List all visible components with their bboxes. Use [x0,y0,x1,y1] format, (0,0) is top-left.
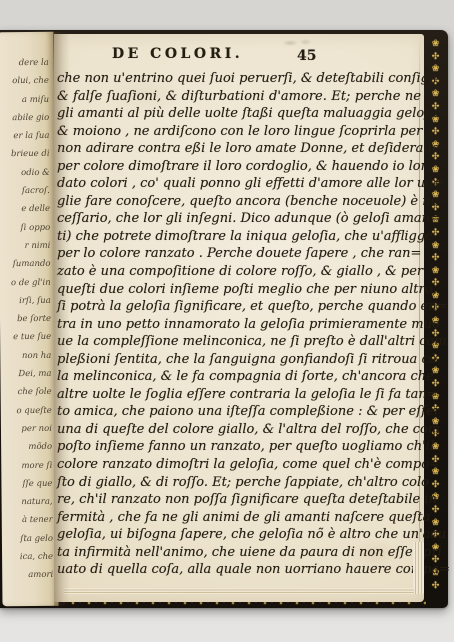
text-fragment: o queſte [4,401,52,420]
text-line: la melinconica, & le fa compagnia di ſor… [57,368,421,386]
text-fragment: che ſole [4,383,52,402]
text-fragment: ſi oppo [2,218,50,237]
text-line: una di queſte del colore giallo, & l'alt… [57,421,421,439]
text-line: geloſia, ui biſogna ſapere, che geloſia … [57,526,421,544]
text-line: pleßioni ſentita, che la ſanguigna gonfi… [57,351,421,369]
facing-page-text-fragments: dere laolui, chea miſuabile gioer la ſua… [1,54,54,590]
text-line: altre uolte le ſoglia eſſere contraria l… [57,386,421,404]
text-fragment: a miſu [1,90,49,109]
text-fragment: à tener [5,511,53,530]
text-line: ue la compleſſione melinconica, ne ſi pr… [57,333,421,351]
text-line: ta infirmità nell'animo, che uiene da pa… [57,544,421,562]
text-fragment: natura, [5,493,53,512]
text-line: uato di quella coſa, alla quale non uorr… [57,561,421,579]
text-fragment: be ſorte [3,310,51,329]
page-header: DE COLORI. 45 [54,46,424,66]
text-fragment: ſta gelo [5,530,53,549]
text-line: to amica, che paiono una iſteſſa compleß… [57,403,421,421]
running-title: DE COLORI. [112,46,243,62]
facing-page: dere laolui, chea miſuabile gioer la ſua… [0,32,59,606]
text-line: zato è una compoſitione di colore roſſo,… [57,263,421,281]
text-fragment: mõdo [4,438,52,457]
text-line: che non u'entrino quei ſuoi peruerſi, & … [57,70,421,88]
text-line: queſti due colori inſieme poſti meglio c… [57,281,421,299]
text-fragment: per noi [4,420,52,439]
body-text-block: che non u'entrino quei ſuoi peruerſi, & … [57,70,421,579]
text-fragment: e tue ſue [3,328,51,347]
text-fragment: ſſe que [4,475,52,494]
text-fragment: olui, che [1,72,49,91]
gold-tooling-right-edge: ❀ ✣ ❀ ✣ ❀ ✣ ❀ ✣ ❀ ✣ ❀ ✣ ❀ ✣ ❀ ✣ ❀ ✣ ❀ ✣ … [426,38,445,592]
text-fragment: er la ſua [1,127,49,146]
text-line: gli amanti al più delle uolte ſtaßi queſ… [57,105,421,123]
main-page: DE COLORI. 45 che non u'entrino quei ſuo… [54,34,424,602]
text-line: tra in uno petto innamorato la geloſia p… [57,316,421,334]
text-line: colore ranzato dimoſtri la geloſia, come… [57,456,421,474]
text-line: & falſe ſuaſioni, & diſturbationi d'amor… [57,88,421,106]
text-line: non adirare contra eßi le loro amate Don… [57,140,421,158]
text-line: per colore dimoſtrare il loro cordoglio,… [57,158,421,176]
book-photograph: ❀ ✣ ❀ ✣ ❀ ✣ ❀ ✣ ❀ ✣ ❀ ✣ ❀ ✣ ❀ ✣ ❀ ✣ ❀ ✣ … [0,0,454,642]
text-fragment: e delle [2,200,50,219]
text-fragment: ſacroſ. [2,182,50,201]
text-line: ſi potrà la geloſia ſignificare, et queſ… [57,298,421,316]
text-line: re, ch'il ranzato non poſſa ſignificare … [57,491,421,509]
text-line: ti) che potrete dimoſtrare la iniqua gel… [57,228,421,246]
fore-edge-sheets-bottom [64,588,414,594]
text-line: dato colori , co' quali ponno gli effett… [57,175,421,193]
text-line: & moiono , ne ardiſcono con le loro ling… [57,123,421,141]
text-fragment: dere la [1,54,49,73]
page-number: 45 [297,48,316,64]
text-fragment: irſi, ſua [3,292,51,311]
book: ❀ ✣ ❀ ✣ ❀ ✣ ❀ ✣ ❀ ✣ ❀ ✣ ❀ ✣ ❀ ✣ ❀ ✣ ❀ ✣ … [0,26,448,608]
text-fragment: ſumando [2,255,50,274]
text-fragment: ica, che [5,548,53,567]
text-fragment: brieue di [1,145,49,164]
text-line: poſto inſieme fanno un ranzato, per queſ… [57,438,421,456]
text-line: glie fare conoſcere, queſto ancora (benc… [57,193,421,211]
text-fragment: odio & [2,164,50,183]
text-line: ceſſario, che lor gli inſegni. Dico adun… [57,210,421,228]
ink-showthrough-smudge [280,38,314,48]
text-fragment: Dei, ma [3,365,51,384]
text-line: fermità , che fa ne gli animi de gli ama… [57,509,421,527]
text-line: per lo colore ranzato . Perche douete ſa… [57,245,421,263]
text-fragment: more ſi [4,456,52,475]
fore-edge-sheets-right [413,542,424,594]
text-fragment: o de gl'in [3,273,51,292]
text-fragment: amori [5,566,53,585]
text-line: ſto di giallo, & di roſſo. Et; perche ſa… [57,474,421,492]
text-fragment: r nimi [2,237,50,256]
text-fragment: abile gio [1,109,49,128]
text-fragment: non ha [3,347,51,366]
